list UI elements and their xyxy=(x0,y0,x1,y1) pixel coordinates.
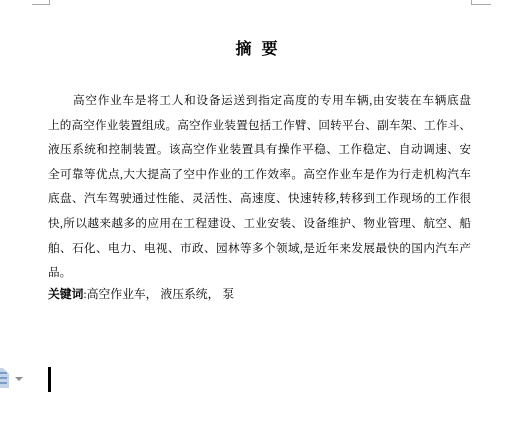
keywords-line[interactable]: 关键词:高空作业车， 液压系统， 泵 xyxy=(48,284,471,304)
abstract-line[interactable]: 上的高空作业装置组成。高空作业装置包括工作臂、回转平台、副车架、工作斗、 xyxy=(48,114,471,139)
chevron-down-icon[interactable] xyxy=(15,377,23,381)
abstract-line[interactable]: 液压系统和控制装置。该高空作业装置具有操作平稳、工作稳定、自动调速、安 xyxy=(48,138,471,163)
text-boundary-mark-top-left xyxy=(32,0,50,5)
text-insertion-cursor xyxy=(48,367,51,392)
paste-options-button[interactable] xyxy=(0,368,24,389)
keywords-label: 关键词 xyxy=(48,287,83,301)
abstract-title[interactable]: 摘 要 xyxy=(0,36,516,59)
abstract-paragraph[interactable]: 高空作业车是将工人和设备运送到指定高度的专用车辆,由安装在车辆底盘 上的高空作业… xyxy=(48,89,471,286)
abstract-line[interactable]: 品。 xyxy=(48,261,471,286)
document-page[interactable]: 摘 要 高空作业车是将工人和设备运送到指定高度的专用车辆,由安装在车辆底盘 上的… xyxy=(0,0,516,433)
abstract-line[interactable]: 底盘、汽车驾驶通过性能、灵活性、高速度、快速转移,转移到工作现场的工作很 xyxy=(48,187,471,212)
abstract-line[interactable]: 舶、石化、电力、电视、市政、园林等多个领域,是近年来发展最快的国内汽车产 xyxy=(48,237,471,262)
text-boundary-mark-top-right xyxy=(471,0,491,5)
abstract-line[interactable]: 高空作业车是将工人和设备运送到指定高度的专用车辆,由安装在车辆底盘 xyxy=(48,89,471,114)
abstract-line[interactable]: 全可靠等优点,大大提高了空中作业的工作效率。高空作业车是作为行走机构汽车 xyxy=(48,163,471,188)
paste-options-document-icon xyxy=(0,368,9,388)
keywords-text[interactable]: 高空作业车， 液压系统， 泵 xyxy=(87,287,234,301)
abstract-line[interactable]: 快,所以越来越多的应用在工程建设、工业安装、设备维护、物业管理、航空、船 xyxy=(48,212,471,237)
